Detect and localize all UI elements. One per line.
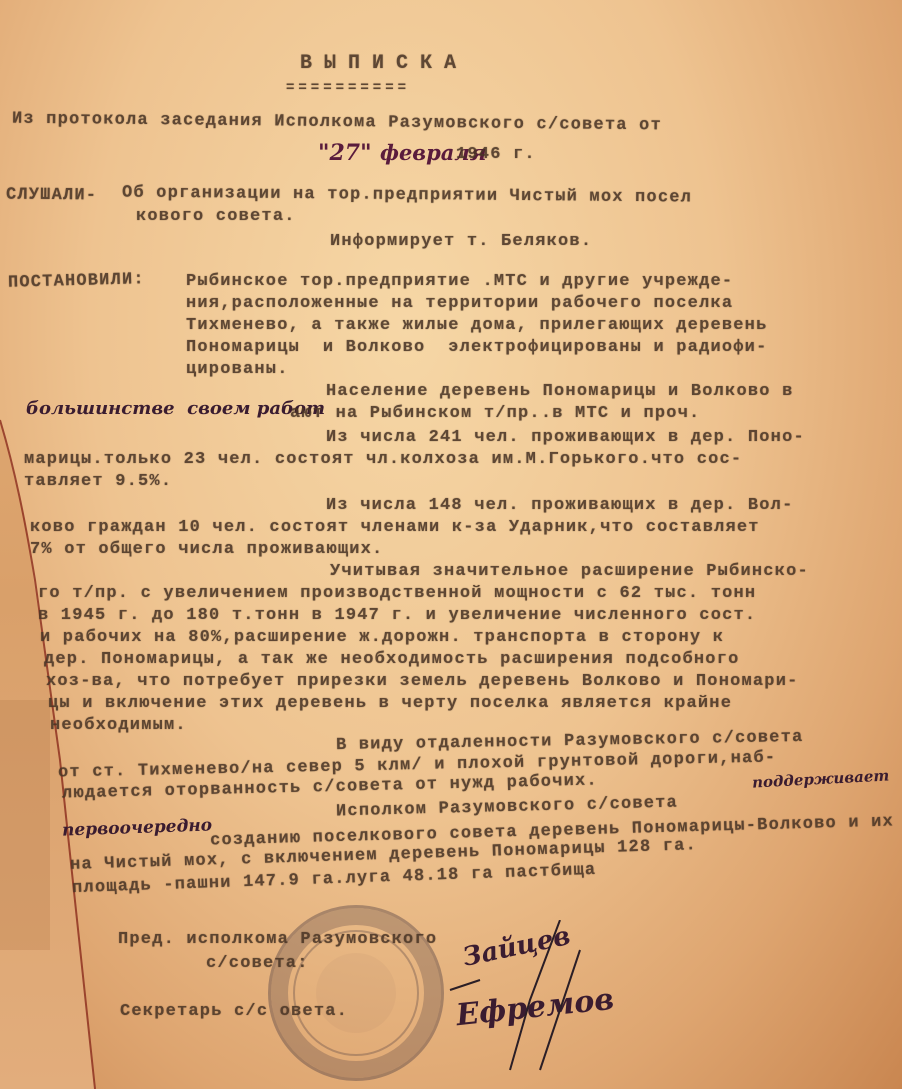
para-241-line-3: тавляет 9.5%.	[24, 472, 172, 491]
header-date-year: 1946 г.	[456, 145, 536, 164]
para-241-line-2: марицы.только 23 чел. состоят чл.колхоза…	[24, 450, 742, 469]
document-title: ВЫПИСКА	[300, 52, 468, 75]
expansion-line: Учитывая значительное расширение Рыбинск…	[330, 562, 809, 581]
resolved-line: ния,расположенные на территории рабочего…	[186, 294, 733, 313]
resolved-line: Тихменево, а также жилые дома, прилегающ…	[186, 316, 768, 335]
heard-text-2: кового совета.	[136, 207, 296, 226]
expansion-line: цы и включение этих деревень в черту пос…	[48, 694, 732, 713]
informs-line: Информирует т. Беляков.	[330, 232, 592, 251]
title-underline: ==========	[286, 80, 410, 96]
expansion-line: дер. Пономарицы, а так же необходимость …	[44, 650, 740, 669]
expansion-line: и рабочих на 80%,расширение ж.дорожн. тр…	[40, 628, 724, 647]
para-148-line-3: 7% от общего числа проживающих.	[30, 540, 383, 559]
resolved-line: Рыбинское тор.предприятие .МТС и другие …	[186, 272, 733, 291]
resolved-line: Пономарицы и Волково электрофицированы и…	[186, 338, 768, 357]
para-241-line-1: Из числа 241 чел. проживающих в дер. Пон…	[326, 428, 805, 447]
expansion-line: хоз-ва, что потребует прирезки земель де…	[46, 672, 799, 691]
signature-flourish-icon	[440, 920, 600, 1080]
para-148-line-2: ково граждан 10 чел. состоят членами к-з…	[30, 518, 760, 537]
expansion-line: необходимым.	[50, 716, 187, 735]
population-line-2: ают на Рыбинском т/пр..в МТС и проч.	[290, 404, 700, 423]
para-148-line-1: Из числа 148 чел. проживающих в дер. Вол…	[326, 496, 793, 515]
header-date-day: "27"	[318, 140, 372, 166]
resolved-label: ПОСТАНОВИЛИ:	[8, 270, 145, 293]
expansion-line: го т/пр. с увеличением производственной …	[38, 584, 756, 603]
handwritten-majority: большинстве своем работ	[26, 398, 325, 419]
chairman-label-2: с/совета:	[206, 954, 309, 973]
secretary-label: Секретарь с/с овета.	[120, 1002, 348, 1021]
chairman-label: Пред. исполкома Разумовского	[118, 930, 437, 949]
population-line-1: Население деревень Пономарицы и Волково …	[326, 382, 793, 401]
expansion-line: в 1945 г. до 180 т.тонн в 1947 г. и увел…	[38, 606, 756, 625]
page-shadow	[0, 700, 50, 950]
resolved-line: цированы.	[186, 360, 289, 379]
heard-label: СЛУШАЛИ-	[6, 186, 97, 206]
